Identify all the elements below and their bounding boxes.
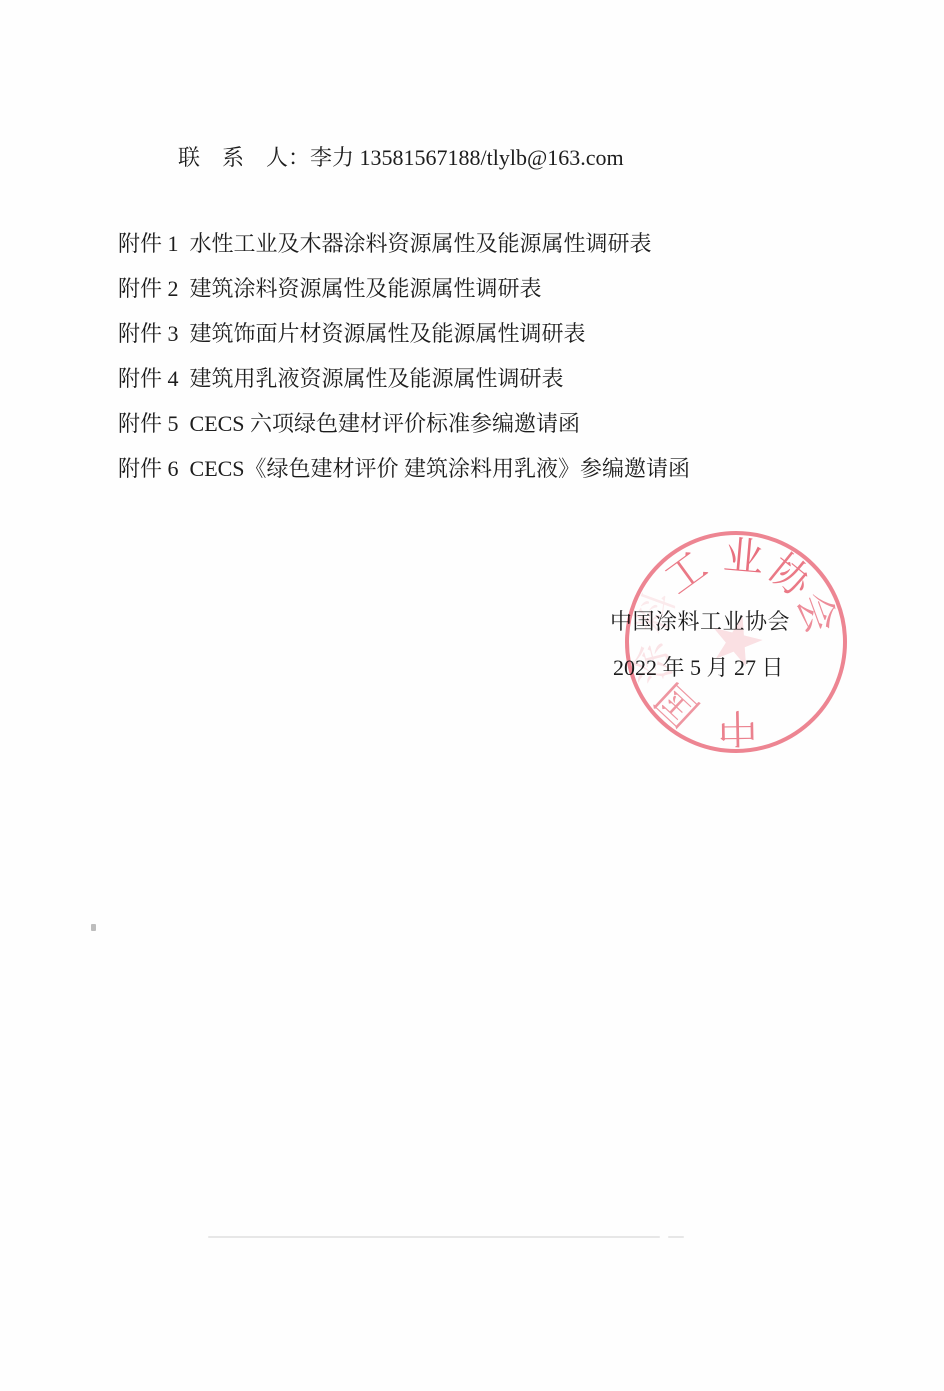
attachment-list: 附件 1水性工业及木器涂料资源属性及能源属性调研表 附件 2建筑涂料资源属性及能… [118, 227, 690, 497]
scan-smudge-line [208, 1236, 660, 1238]
attachment-label: 附件 6 [118, 456, 179, 481]
attachment-title: 水性工业及木器涂料资源属性及能源属性调研表 [190, 231, 652, 256]
contact-line: 联 系 人：李力 13581567188/tlylb@163.com [178, 141, 624, 172]
attachment-label: 附件 2 [118, 276, 179, 301]
attachment-item-6: 附件 6CECS《绿色建材评价 建筑涂料用乳液》参编邀请函 [118, 452, 690, 497]
attachment-label: 附件 5 [118, 411, 179, 436]
attachment-title: CECS 六项绿色建材评价标准参编邀请函 [190, 411, 581, 436]
official-red-seal: ★ 中 国 涂 料 工 业 协 会 [625, 531, 847, 753]
attachment-item-1: 附件 1水性工业及木器涂料资源属性及能源属性调研表 [118, 227, 690, 272]
attachment-title: 建筑饰面片材资源属性及能源属性调研表 [190, 321, 586, 346]
attachment-label: 附件 1 [118, 231, 179, 256]
seal-character: 中 [717, 707, 758, 748]
seal-character: 料 [630, 587, 681, 638]
seal-character: 业 [722, 536, 765, 579]
star-icon: ★ [699, 603, 772, 681]
scan-speck-artifact [91, 924, 96, 931]
contact-value: 李力 13581567188/tlylb@163.com [310, 145, 624, 170]
seal-character: 涂 [629, 638, 677, 686]
attachment-item-3: 附件 3建筑饰面片材资源属性及能源属性调研表 [118, 317, 690, 362]
contact-label: 联 系 人： [178, 145, 310, 170]
attachment-item-4: 附件 4建筑用乳液资源属性及能源属性调研表 [118, 362, 690, 407]
attachment-label: 附件 4 [118, 366, 179, 391]
scanned-document-page: 联 系 人：李力 13581567188/tlylb@163.com 附件 1水… [0, 0, 944, 1391]
seal-character: 国 [650, 676, 707, 733]
attachment-item-2: 附件 2建筑涂料资源属性及能源属性调研表 [118, 272, 690, 317]
attachment-item-5: 附件 5CECS 六项绿色建材评价标准参编邀请函 [118, 407, 690, 452]
attachment-title: 建筑涂料资源属性及能源属性调研表 [190, 276, 542, 301]
attachment-label: 附件 3 [118, 321, 179, 346]
scan-smudge-dash [668, 1236, 684, 1238]
attachment-title: CECS《绿色建材评价 建筑涂料用乳液》参编邀请函 [190, 456, 691, 481]
seal-character: 工 [658, 545, 714, 601]
attachment-title: 建筑用乳液资源属性及能源属性调研表 [190, 366, 564, 391]
